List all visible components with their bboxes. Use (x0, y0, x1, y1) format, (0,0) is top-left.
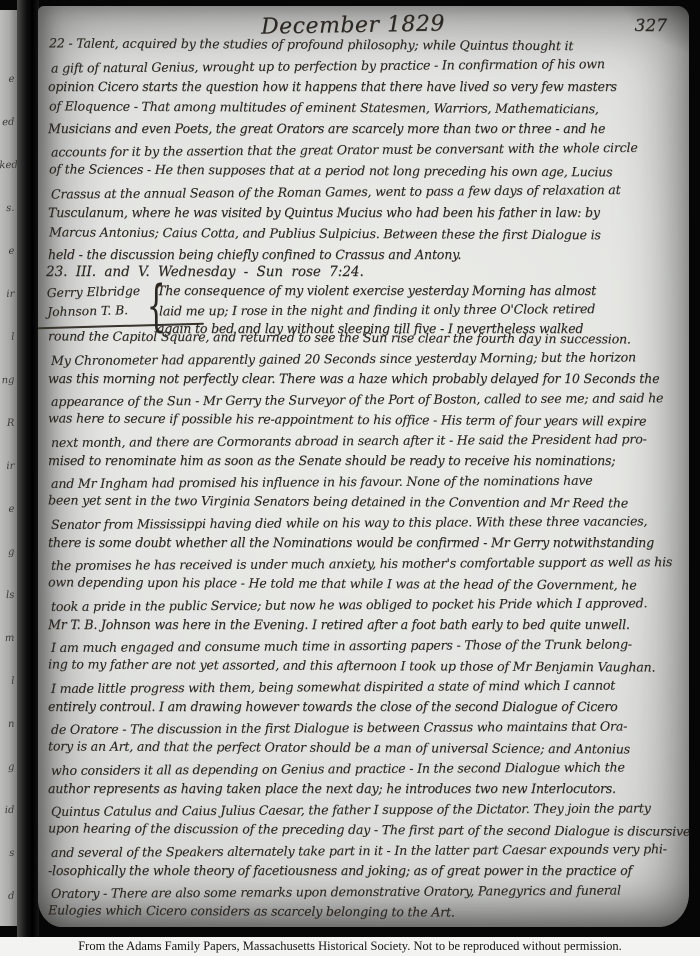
manuscript-line: own depending upon his place - He told m… (48, 574, 681, 598)
facing-page-text-fragment: d (0, 891, 17, 926)
manuscript-line: entirely controul. I am drawing however … (48, 699, 681, 720)
manuscript-line: opinion Cicero starts the question how i… (48, 79, 681, 100)
manuscript-line: -losophically the whole theory of faceti… (48, 863, 681, 884)
facing-page-text-fragment: R (0, 418, 17, 462)
facing-page-text-fragment: e (0, 246, 17, 290)
facing-page-text-fragment: g (0, 547, 17, 591)
page-header-date: December 1829 (260, 11, 444, 39)
facing-page-edge: eedkeds.eirlngRireglsmlngidsd (0, 10, 17, 926)
facing-page-text-fragment: ir (0, 461, 17, 505)
facing-page-text-fragment: s (0, 848, 17, 892)
margin-name: Johnson T. B. (47, 301, 141, 322)
manuscript-line: been yet sent in the two Virginia Senato… (48, 492, 681, 516)
manuscript-line: The consequence of my violent exercise y… (157, 283, 681, 302)
book-gutter (17, 0, 39, 956)
manuscript-line: mised to renominate him as soon as the S… (48, 453, 681, 474)
facing-page-text-fragment: id (0, 805, 17, 849)
page-number: 327 (635, 16, 667, 36)
manuscript-line: Eulogies which Cicero considers as scarc… (48, 902, 681, 926)
manuscript-line: who considers it all as depending on Gen… (51, 759, 681, 783)
manuscript-line: next month, and there are Cormorants abr… (51, 431, 681, 455)
entry-22-text: 22 - Talent, acquired by the studies of … (48, 37, 681, 268)
manuscript-line: My Chronometer had apparently gained 20 … (51, 349, 681, 373)
manuscript-line: Tusculanum, where he was visited by Quin… (48, 205, 681, 226)
manuscript-line: round the Capitol Square, and returned t… (48, 328, 681, 352)
margin-name: Gerry Elbridge (47, 282, 141, 303)
archive-caption: From the Adams Family Papers, Massachuse… (0, 937, 700, 956)
manuscript-line: ing to my father are not yet assorted, a… (48, 656, 681, 680)
facing-page-text-fragment: n (0, 719, 17, 763)
facing-page-text-fragment: e (0, 74, 17, 118)
facing-page-text-fragment: ng (0, 375, 17, 419)
facing-page-text-fragment: ir (0, 289, 17, 333)
manuscript-line: was here to secure if possible his re-ap… (48, 410, 681, 434)
facing-page-text-fragment: g (0, 762, 17, 806)
manuscript-line: of Eloquence - That among multitudes of … (49, 98, 681, 122)
entry-23-heading: 23. III. and V. Wednesday - Sun rose 7:2… (46, 264, 364, 280)
manuscript-line: author represents as having taken place … (48, 781, 681, 802)
facing-page-text-fragment: s. (0, 203, 17, 247)
manuscript-line: there is some doubt whether all the Nomi… (48, 535, 681, 556)
manuscript-line: took a pride in the public Service; but … (51, 595, 681, 619)
manuscript-line: Mr T. B. Johnson was here in the Evening… (48, 617, 681, 638)
manuscript-line: Musicians and even Poets, the great Orat… (48, 121, 681, 142)
manuscript-line: I made little progress with them, being … (51, 677, 681, 701)
manuscript-line: Marcus Antonius; Caius Cotta, and Publiu… (49, 224, 681, 248)
manuscript-line: laid me up; I rose in the night and find… (159, 301, 681, 323)
facing-page-text-fragment: ed (0, 117, 17, 161)
manuscript-line: tory is an Art, and that the perfect Ora… (48, 738, 681, 762)
manuscript-line: Crassus at the annual Season of the Roma… (51, 182, 681, 208)
manuscript-line: was this morning not perfectly clear. Th… (48, 371, 681, 392)
manuscript-line: Senator from Mississippi having died whi… (51, 513, 681, 537)
manuscript-scan: eedkeds.eirlngRireglsmlngidsd December 1… (0, 0, 700, 956)
manuscript-line: upon hearing of the discussion of the pr… (48, 820, 681, 844)
facing-page-text-fragment: ked (0, 160, 17, 204)
manuscript-page: December 1829 327 22 - Talent, acquired … (38, 6, 689, 927)
manuscript-line: a gift of natural Genius, wrought up to … (51, 56, 681, 82)
facing-page-text-fragment: m (0, 633, 17, 677)
facing-page-text-fragment: l (0, 676, 17, 720)
facing-page-text-fragment: l (0, 332, 17, 376)
manuscript-line: and several of the Speakers alternately … (51, 841, 681, 865)
facing-page-text-fragment: e (0, 504, 17, 548)
facing-page-text-fragment: ls (0, 590, 17, 634)
margin-note-names: Gerry ElbridgeJohnson T. B. (47, 282, 141, 322)
entry-23-body-text: round the Capitol Square, and returned t… (48, 330, 681, 925)
